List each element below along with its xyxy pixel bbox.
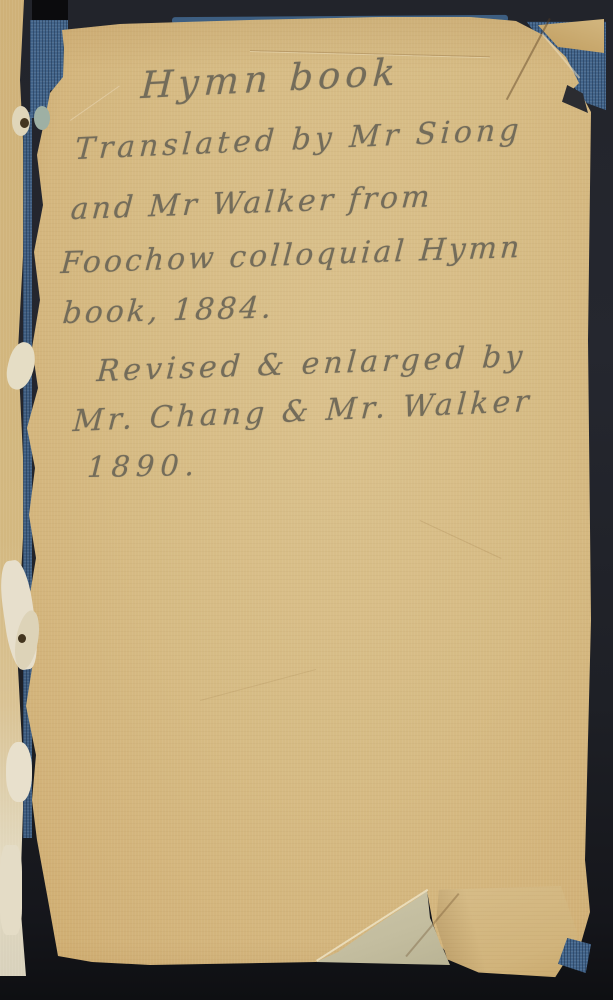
paper-speck bbox=[20, 118, 29, 128]
inscription-line: 1890. bbox=[86, 448, 201, 484]
cover-cloth-hinge-sliver bbox=[23, 112, 32, 838]
paper-flake bbox=[0, 845, 22, 935]
scanned-page: Hymn book Translated by Mr Siong and Mr … bbox=[0, 0, 613, 1000]
bottom-right-paper-flap bbox=[436, 886, 578, 980]
paper-speck bbox=[18, 634, 26, 643]
paper-flake bbox=[6, 742, 32, 802]
paper-flake bbox=[34, 106, 50, 130]
inscription-line: book, 1884. bbox=[61, 290, 275, 331]
spine-shadow-notch bbox=[32, 0, 68, 23]
